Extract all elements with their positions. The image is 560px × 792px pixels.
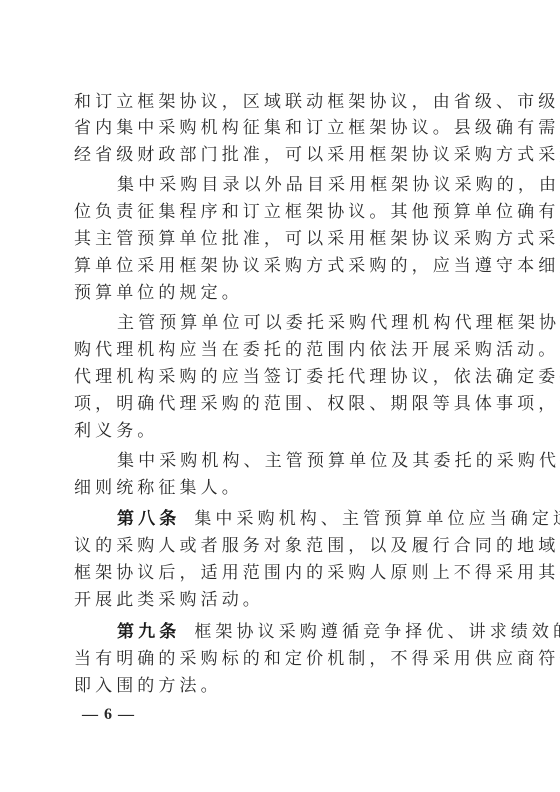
text-line: 代理机构采购的应当签订委托代理协议，依法确定委托代理的事 xyxy=(74,367,489,387)
page-number: — 6 — xyxy=(82,706,135,724)
text-line: 利义务。 xyxy=(74,421,489,441)
text-line: 经省级财政部门批准，可以采用框架协议采购方式采购。 xyxy=(74,145,489,165)
text-line: 开展此类采购活动。 xyxy=(74,590,489,610)
text-line: 其主管预算单位批准，可以采用框架协议采购方式采购。其他预 xyxy=(74,229,489,249)
text-line: 预算单位的规定。 xyxy=(74,283,489,303)
text-line: 集中采购机构、主管预算单位应当确定适用框架协 xyxy=(194,509,560,529)
article-9-first-line: 第九条框架协议采购遵循竞争择优、讲求绩效的原则，应 xyxy=(117,622,489,642)
text-line: 即入围的方法。 xyxy=(74,676,489,696)
document-page: 和订立框架协议，区域联动框架协议，由省级、市级财政部门委托 省内集中采购机构征集… xyxy=(0,0,560,792)
text-line: 框架协议采购遵循竞争择优、讲求绩效的原则，应 xyxy=(194,622,560,642)
text-line: 算单位采用框架协议采购方式采购的，应当遵守本细则关于主管 xyxy=(74,256,489,276)
text-line: 集中采购机构、主管预算单位及其委托的采购代理机构，本 xyxy=(117,451,489,471)
article-8-first-line: 第八条集中采购机构、主管预算单位应当确定适用框架协 xyxy=(117,509,489,529)
text-line: 位负责征集程序和订立框架协议。其他预算单位确有需要的，经 xyxy=(74,202,489,222)
text-line: 项，明确代理采购的范围、权限、期限等具体事项，约定双方的权 xyxy=(74,394,489,414)
text-line: 议的采购人或者服务对象范围，以及履行合同的地域范围。订立 xyxy=(74,536,489,556)
text-line: 和订立框架协议，区域联动框架协议，由省级、市级财政部门委托 xyxy=(74,92,489,112)
article-8-heading: 第八条 xyxy=(117,509,180,529)
text-line: 框架协议后，适用范围内的采购人原则上不得采用其他采购方式 xyxy=(74,563,489,583)
text-line: 购代理机构应当在委托的范围内依法开展采购活动。委托采购 xyxy=(74,340,489,360)
text-line: 主管预算单位可以委托采购代理机构代理框架协议采购，采 xyxy=(117,313,489,333)
article-9-heading: 第九条 xyxy=(117,622,180,642)
text-line: 集中采购目录以外品目采用框架协议采购的，由主管预算单 xyxy=(117,175,489,195)
text-line: 省内集中采购机构征集和订立框架协议。县级确有需要开展的， xyxy=(74,118,489,138)
text-line: 当有明确的采购标的和定价机制，不得采用供应商符合资格条件 xyxy=(74,649,489,669)
text-line: 细则统称征集人。 xyxy=(74,478,489,498)
